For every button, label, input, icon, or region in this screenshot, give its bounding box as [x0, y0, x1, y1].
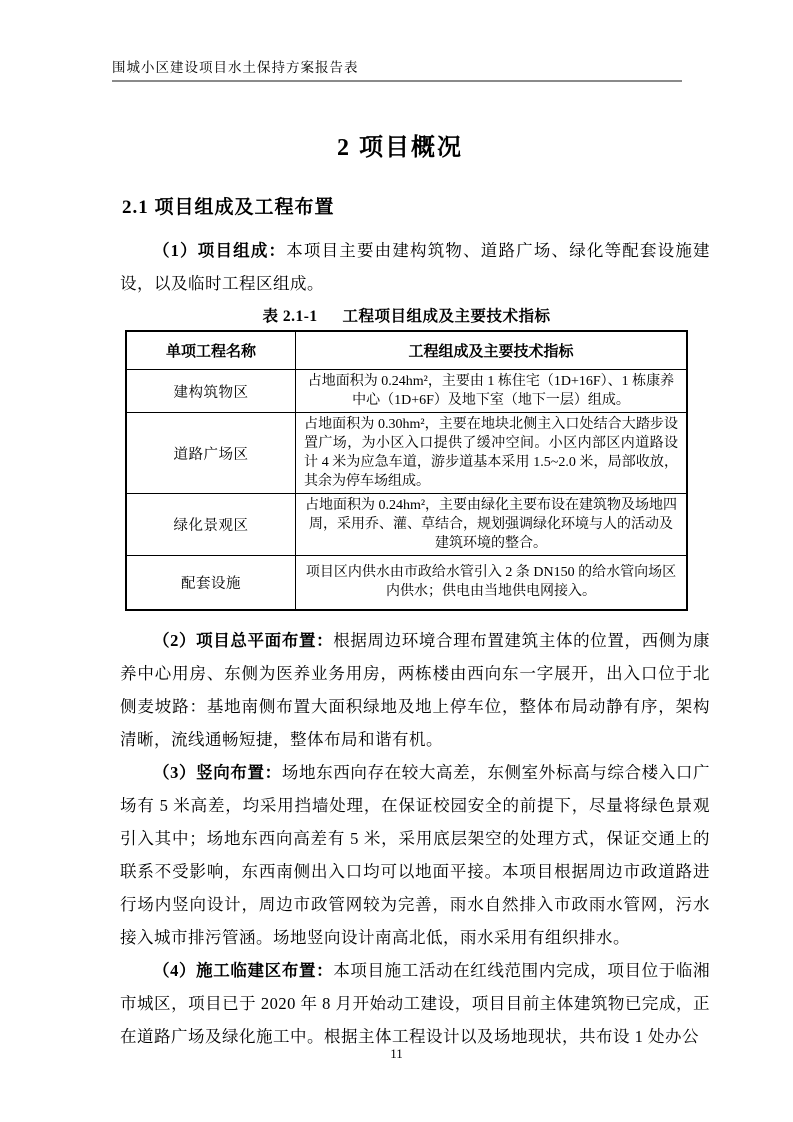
table-row: 建构筑物区 占地面积为 0.24hm²，主要由 1 栋住宅（1D+16F）、1 …: [126, 370, 687, 413]
table-row: 绿化景观区 占地面积为 0.24hm²，主要由绿化主要布设在建筑物及场地四周，采…: [126, 494, 687, 556]
running-header-text: 围城小区建设项目水土保持方案报告表: [112, 60, 359, 75]
table-header-cell-desc: 工程组成及主要技术指标: [296, 331, 688, 370]
cell-project-name: 道路广场区: [126, 413, 296, 494]
cell-project-desc: 项目区内供水由市政给水管引入 2 条 DN150 的给水管向场区内供水；供电由当…: [296, 556, 688, 610]
cell-project-name: 绿化景观区: [126, 494, 296, 556]
cell-project-name: 配套设施: [126, 556, 296, 610]
chapter-title: 2 项目概况: [120, 128, 680, 168]
document-page: 围城小区建设项目水土保持方案报告表 2 项目概况 2.1 项目组成及工程布置 （…: [0, 0, 793, 1122]
cell-project-desc: 占地面积为 0.30hm²，主要在地块北侧主入口处结合大踏步设置广场，为小区入口…: [296, 413, 688, 494]
table-header-row: 单项工程名称 工程组成及主要技术指标: [126, 331, 687, 370]
table-row: 配套设施 项目区内供水由市政给水管引入 2 条 DN150 的给水管向场区内供水…: [126, 556, 687, 610]
paragraph-lead: （2）项目总平面布置：: [153, 631, 333, 650]
cell-project-desc: 占地面积为 0.24hm²，主要由 1 栋住宅（1D+16F）、1 栋康养中心（…: [296, 370, 688, 413]
table-row: 道路广场区 占地面积为 0.30hm²，主要在地块北侧主入口处结合大踏步设置广场…: [126, 413, 687, 494]
paragraph-vertical-layout: （3）竖向布置：场地东西向存在较大高差，东侧室外标高与综合楼入口广场有 5 米高…: [120, 756, 710, 954]
paragraph-site-layout: （2）项目总平面布置：根据周边环境合理布置建筑主体的位置，西侧为康养中心用房、东…: [120, 624, 710, 756]
paragraph-project-composition: （1）项目组成：本项目主要由建构筑物、道路广场、绿化等配套设施建设，以及临时工程…: [120, 234, 710, 300]
table-caption: 表 2.1-1工程项目组成及主要技术指标: [125, 305, 688, 328]
page-number: 11: [0, 1046, 793, 1062]
project-components-table: 单项工程名称 工程组成及主要技术指标 建构筑物区 占地面积为 0.24hm²，主…: [125, 330, 688, 611]
table-header-cell-name: 单项工程名称: [126, 331, 296, 370]
paragraph-lead: （3）竖向布置：: [153, 763, 282, 782]
paragraph-lead: （1）项目组成：: [153, 241, 286, 260]
running-header: 围城小区建设项目水土保持方案报告表: [112, 56, 682, 82]
table-block: 表 2.1-1工程项目组成及主要技术指标 单项工程名称 工程组成及主要技术指标 …: [125, 305, 688, 611]
table-caption-title: 工程项目组成及主要技术指标: [342, 308, 550, 325]
table-caption-label: 表 2.1-1: [263, 308, 318, 325]
paragraph-lead: （4）施工临建区布置：: [153, 961, 333, 980]
cell-project-name: 建构筑物区: [126, 370, 296, 413]
paragraph-text: 场地东西向存在较大高差，东侧室外标高与综合楼入口广场有 5 米高差，均采用挡墙处…: [120, 763, 710, 947]
cell-project-desc: 占地面积为 0.24hm²，主要由绿化主要布设在建筑物及场地四周，采用乔、灌、草…: [296, 494, 688, 556]
section-heading: 2.1 项目组成及工程布置: [122, 194, 710, 222]
paragraph-construction-area: （4）施工临建区布置：本项目施工活动在红线范围内完成，项目位于临湘市城区，项目已…: [120, 954, 710, 1053]
